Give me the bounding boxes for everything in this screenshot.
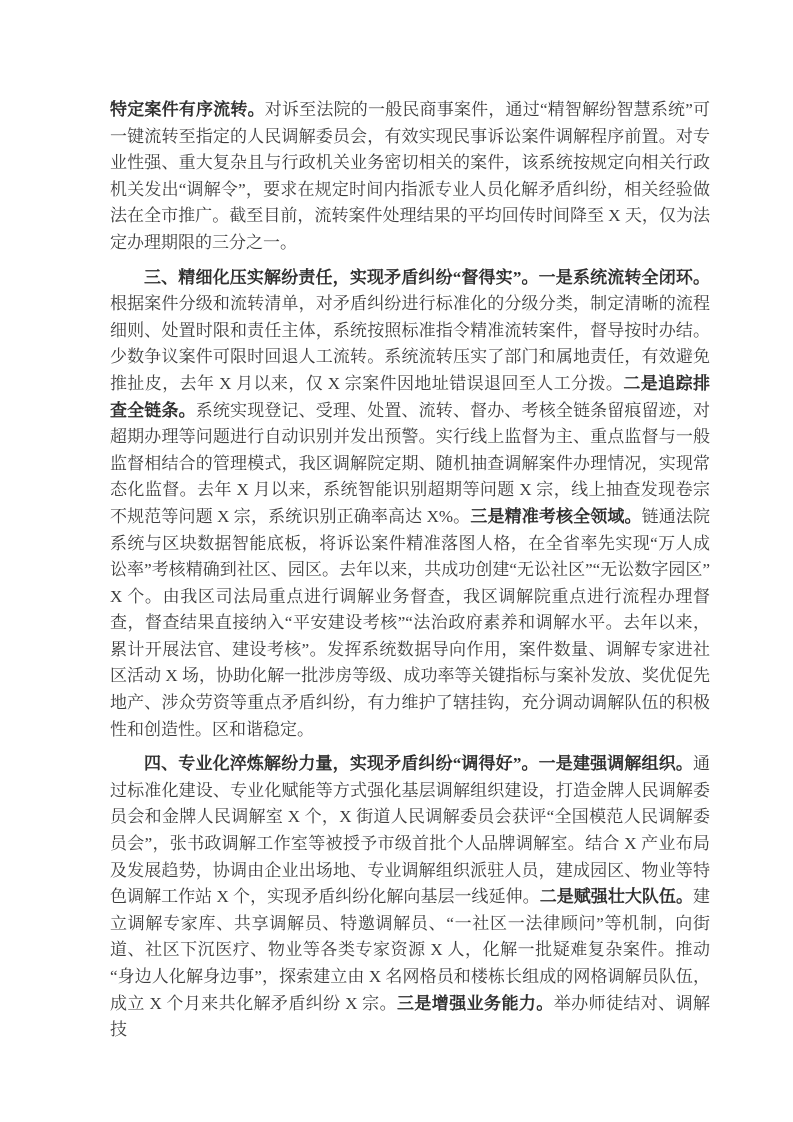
text-run: 通过标准化建设、专业化赋能等方式强化基层调解组织建设，打造金牌人民调解委员会和金… <box>110 754 710 906</box>
paragraph-section-four: 四、专业化淬炼解纷力量，实现矛盾纠纷“调得好”。一是建强调解组织。通过标准化建设… <box>110 751 710 1044</box>
paragraph-continuation: 特定案件有序流转。对诉至法院的一般民商事案件，通过“精智解纷智慧系统”可一键流转… <box>110 97 710 257</box>
bold-subpoint-run: 三是精准考核全领域。 <box>470 507 641 526</box>
text-run: 根据案件分级和流转清单，对矛盾纠纷进行标准化的分级分类，制定清晰的流程细则、处置… <box>110 294 710 393</box>
section-three-heading-run: 三、精细化压实解纷责任，实现矛盾纠纷“督得实”。一是系统流转全闭环。 <box>144 268 710 287</box>
text-run: 对诉至法院的一般民商事案件，通过“精智解纷智慧系统”可一键流转至指定的人民调解委… <box>110 100 710 252</box>
bold-subpoint-run: 二是赋强壮大队伍。 <box>540 887 693 906</box>
document-page: 特定案件有序流转。对诉至法院的一般民商事案件，通过“精智解纷智慧系统”可一键流转… <box>0 0 793 1122</box>
text-run: 链通法院系统与区块数据智能底板，将诉讼案件精准落图人格，在全省率先实现“万人成讼… <box>110 507 710 739</box>
bold-subpoint-run: 三是增强业务能力。 <box>397 994 554 1013</box>
bold-run: 特定案件有序流转。 <box>110 100 265 119</box>
paragraph-section-three: 三、精细化压实解纷责任，实现矛盾纠纷“督得实”。一是系统流转全闭环。根据案件分级… <box>110 265 710 744</box>
section-four-heading-run: 四、专业化淬炼解纷力量，实现矛盾纠纷“调得好”。一是建强调解组织。 <box>144 754 693 773</box>
